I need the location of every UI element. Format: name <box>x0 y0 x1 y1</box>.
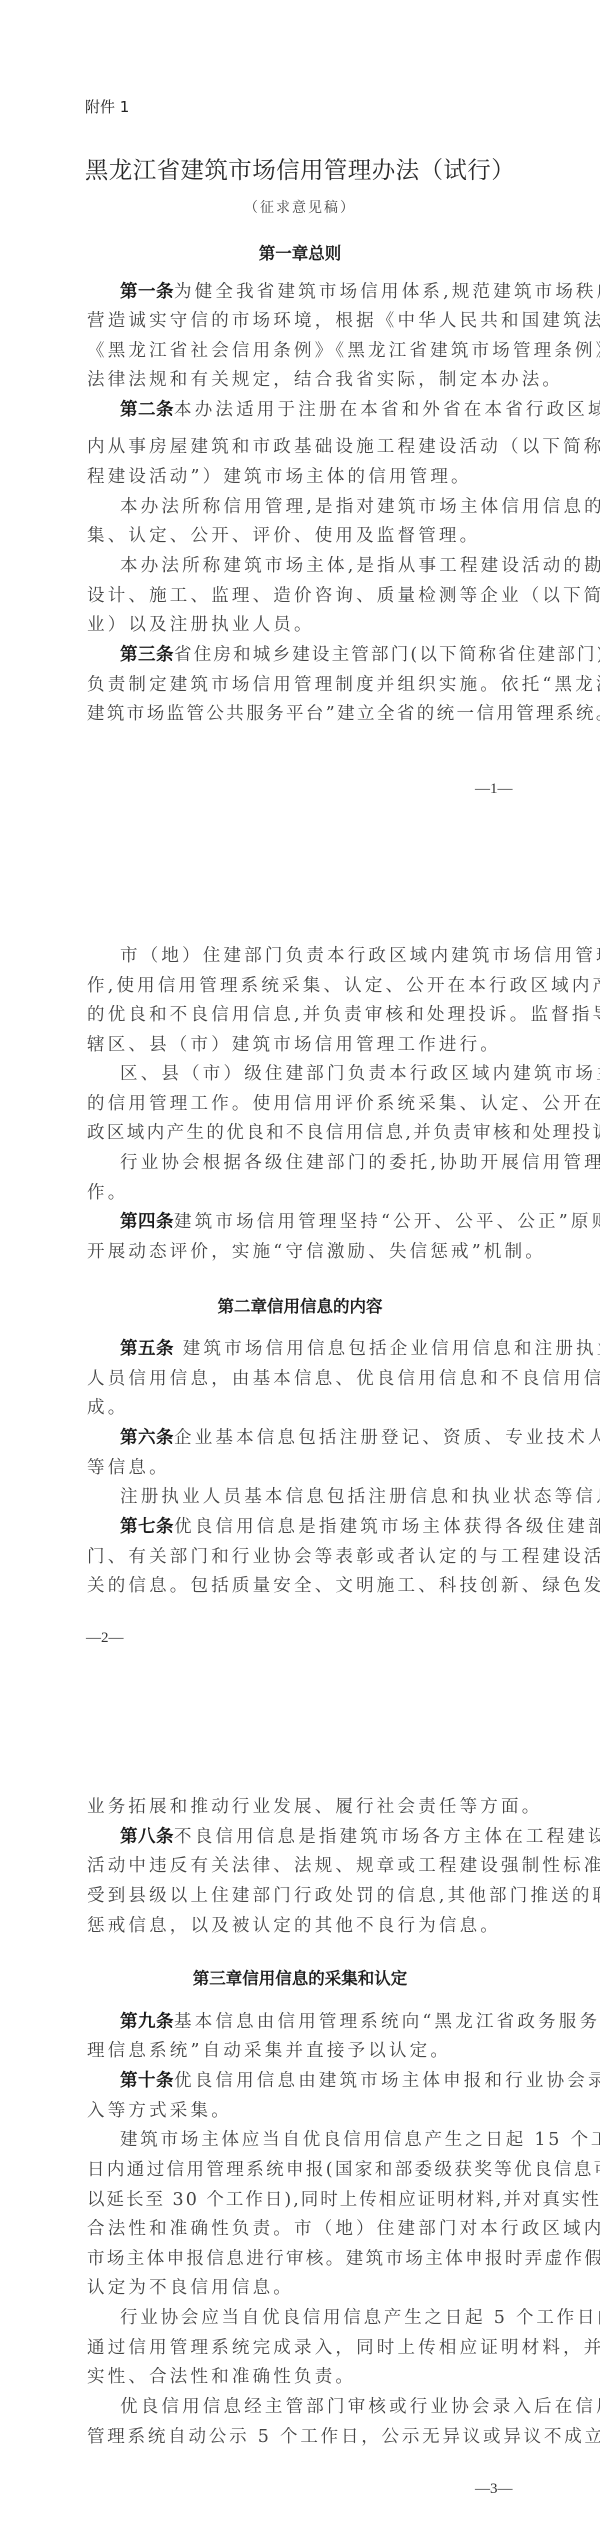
page-number-2: —2— <box>86 1630 124 1647</box>
paragraph-line: 辖区、县（市）建筑市场信用管理工作进行。 <box>87 1035 517 1055</box>
paragraph-line: 认定为不良信用信息。 <box>87 2278 517 2298</box>
paragraph-association-entry: 行业协会应当自优良信用信息产生之日起 5 个工作日内 <box>120 2308 517 2328</box>
article-7: 第七条优良信用信息是指建筑市场主体获得各级住建部 <box>120 1517 517 1537</box>
article-8-label: 第八条 <box>120 1827 174 1847</box>
article-7-label: 第七条 <box>120 1517 174 1537</box>
article-4: 第四条建筑市场信用管理坚持“公开、公平、公正”原则, <box>120 1212 517 1232</box>
article-8: 第八条不良信用信息是指建筑市场各方主体在工程建设 <box>120 1827 517 1847</box>
article-1-label: 第一条 <box>120 282 174 302</box>
paragraph-line: 设计、施工、监理、造价咨询、质量检测等企业（以下简称企 <box>87 586 517 606</box>
article-5-line: 成。 <box>87 1398 517 1418</box>
article-6: 第六条企业基本信息包括注册登记、资质、专业技术人员 <box>120 1428 517 1448</box>
chapter-2-heading: 第二章信用信息的内容 <box>0 1293 600 1317</box>
article-5: 第五条 建筑市场信用信息包括企业信用信息和注册执业 <box>120 1339 517 1359</box>
paragraph-line: 作。 <box>87 1183 517 1203</box>
document-title: 黑龙江省建筑市场信用管理办法（试行） <box>0 151 600 185</box>
article-1-line: 法律法规和有关规定，结合我省实际，制定本办法。 <box>87 370 517 390</box>
article-3-line: 建筑市场监管公共服务平台”建立全省的统一信用管理系统。 <box>87 704 517 724</box>
paragraph-line: 实性、合法性和准确性负责。 <box>87 2367 517 2387</box>
paragraph-market-subject: 本办法所称建筑市场主体,是指从事工程建设活动的勘察、 <box>120 556 517 576</box>
article-3-label: 第三条 <box>120 645 174 665</box>
paragraph-report: 建筑市场主体应当自优良信用信息产生之日起 15 个工作 <box>120 2130 517 2150</box>
paragraph-line: 业）以及注册执业人员。 <box>87 615 517 635</box>
paragraph-county-department: 区、县（市）级住建部门负责本行政区域内建筑市场主体 <box>120 1064 517 1084</box>
paragraph-city-department: 市（地）住建部门负责本行政区域内建筑市场信用管理工 <box>120 946 517 966</box>
article-10-line: 入等方式采集。 <box>87 2101 517 2121</box>
paragraph-line: 的优良和不良信用信息,并负责审核和处理投诉。监督指导所 <box>87 1005 517 1025</box>
article-2-label: 第二条 <box>120 400 174 420</box>
article-7-line: 业务拓展和推动行业发展、履行社会责任等方面。 <box>87 1797 517 1817</box>
paragraph-line: 政区域内产生的优良和不良信用信息,并负责审核和处理投诉。 <box>87 1123 517 1143</box>
article-9: 第九条基本信息由信用管理系统向“黑龙江省政务服务管 <box>120 2012 517 2032</box>
article-2-line: 程建设活动”）建筑市场主体的信用管理。 <box>87 467 517 487</box>
article-1: 第一条为健全我省建筑市场信用体系,规范建筑市场秩序, <box>120 282 517 302</box>
article-2: 第二条本办法适用于注册在本省和外省在本省行政区域 <box>120 400 517 420</box>
paragraph-line: 作,使用信用管理系统采集、认定、公开在本行政区域内产生 <box>87 976 517 996</box>
article-7-line: 门、有关部门和行业协会等表彰或者认定的与工程建设活动有 <box>87 1547 517 1567</box>
chapter-1-heading: 第一章总则 <box>0 240 600 264</box>
article-2-line: 内从事房屋建筑和市政基础设施工程建设活动（以下简称“工 <box>87 437 517 457</box>
article-3: 第三条省住房和城乡建设主管部门(以下简称省住建部门) <box>120 645 517 665</box>
article-5-line: 人员信用信息，由基本信息、优良信用信息和不良信用信息构 <box>87 1369 517 1389</box>
paragraph-line: 以延长至 30 个工作日),同时上传相应证明材料,并对真实性、 <box>87 2190 517 2210</box>
article-1-line: 《黑龙江省社会信用条例》《黑龙江省建筑市场管理条例》等 <box>87 341 517 361</box>
paragraph-line: 的信用管理工作。使用信用评价系统采集、认定、公开在本行 <box>87 1094 517 1114</box>
article-5-label: 第五条 <box>120 1339 174 1359</box>
article-3-line: 负责制定建筑市场信用管理制度并组织实施。依托“黑龙江省 <box>87 675 517 695</box>
article-1-line: 营造诚实守信的市场环境，根据《中华人民共和国建筑法》 <box>87 311 517 331</box>
article-8-line: 惩戒信息，以及被认定的其他不良行为信息。 <box>87 1916 517 1936</box>
page-number-3: —3— <box>475 2481 513 2498</box>
page-number-1: —1— <box>475 781 513 798</box>
document-subtitle: （征求意见稿） <box>0 197 600 217</box>
article-10: 第十条优良信用信息由建筑市场主体申报和行业协会录 <box>120 2071 517 2091</box>
article-6-line: 等信息。 <box>87 1458 517 1478</box>
paragraph-line: 合法性和准确性负责。市（地）住建部门对本行政区域内建筑 <box>87 2219 517 2239</box>
paragraph-line: 管理系统自动公示 5 个工作日，公示无异议或异议不成立的, <box>87 2427 517 2447</box>
article-8-line: 受到县级以上住建部门行政处罚的信息,其他部门推送的联合 <box>87 1886 517 1906</box>
paragraph-line: 市场主体申报信息进行审核。建筑市场主体申报时弄虚作假的, <box>87 2249 517 2269</box>
article-8-line: 活动中违反有关法律、法规、规章或工程建设强制性标准等, <box>87 1856 517 1876</box>
article-4-label: 第四条 <box>120 1212 174 1232</box>
article-9-label: 第九条 <box>120 2012 174 2032</box>
article-7-line: 关的信息。包括质量安全、文明施工、科技创新、绿色发展、 <box>87 1576 517 1596</box>
paragraph-line: 日内通过信用管理系统申报(国家和部委级获奖等优良信息可 <box>87 2160 517 2180</box>
article-9-line: 理信息系统”自动采集并直接予以认定。 <box>87 2041 517 2061</box>
article-10-label: 第十条 <box>120 2071 174 2091</box>
paragraph-credit-management: 本办法所称信用管理,是指对建筑市场主体信用信息的采 <box>120 497 517 517</box>
paragraph-association: 行业协会根据各级住建部门的委托,协助开展信用管理工 <box>120 1153 517 1173</box>
chapter-3-heading: 第三章信用信息的采集和认定 <box>0 1965 600 1989</box>
article-4-line: 开展动态评价，实施“守信激励、失信惩戒”机制。 <box>87 1242 517 1262</box>
article-6-label: 第六条 <box>120 1428 174 1448</box>
attachment-label: 附件 1 <box>85 96 129 117</box>
paragraph-publicity: 优良信用信息经主管部门审核或行业协会录入后在信用 <box>120 2397 517 2417</box>
paragraph-line: 集、认定、公开、评价、使用及监督管理。 <box>87 526 517 546</box>
paragraph-line: 通过信用管理系统完成录入，同时上传相应证明材料，并对真 <box>87 2338 517 2358</box>
paragraph-personnel-info: 注册执业人员基本信息包括注册信息和执业状态等信息。 <box>120 1487 517 1507</box>
